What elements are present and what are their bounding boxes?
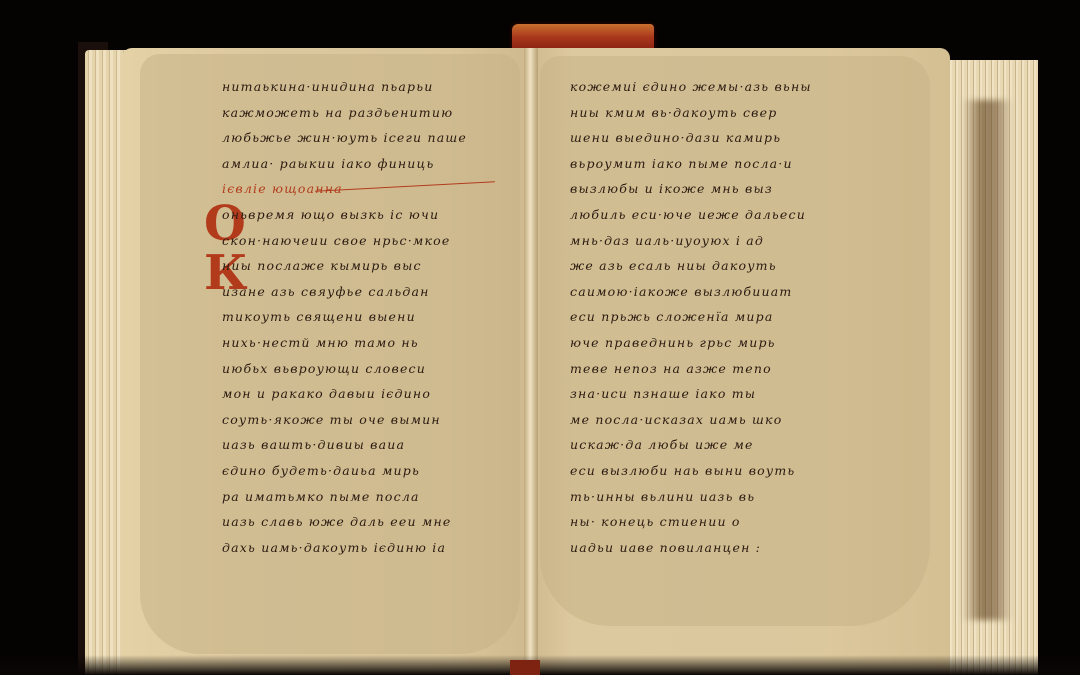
- right-page-text: кожемиі єдино жемы·азь вьны ниы кмим вь·…: [570, 74, 812, 560]
- text-line: соуть·якоже ты оче вымин: [222, 407, 467, 433]
- text-line: иазь славь юже даль ееи мне: [222, 509, 467, 535]
- text-line: шени выедино·дази камирь: [570, 125, 812, 151]
- text-line: искаж·да любы иже ме: [570, 432, 812, 458]
- right-page-edges: [940, 60, 1038, 675]
- text-line: ме посла·исказах иамь шко: [570, 407, 812, 433]
- text-line: нихь·нестй мню тамо нь: [222, 330, 467, 356]
- text-line: юче праведнинь грьс мирь: [570, 330, 812, 356]
- text-line: зна·иси пзнаше іако ты: [570, 381, 812, 407]
- text-line: же азь есаль ниы дакоуть: [570, 253, 812, 279]
- text-line: иазь вашть·дивиы ваиа: [222, 432, 467, 458]
- text-line: мон и ракако давыи ієдино: [222, 381, 467, 407]
- text-line: єдино будеть·даиьа мирь: [222, 458, 467, 484]
- water-stain: [962, 100, 1012, 620]
- text-line: кожемиі єдино жемы·азь вьны: [570, 74, 812, 100]
- text-line: ны· конець стиении о: [570, 509, 812, 535]
- text-line: ниы послаже кымирь выс: [222, 253, 467, 279]
- text-line: амлиа· раыкии іако финиць: [222, 151, 467, 177]
- rubric-heading: ієвліе ющоанна: [222, 176, 467, 202]
- text-line: июбьх вьвроующи словеси: [222, 356, 467, 382]
- book-gutter: [524, 48, 538, 675]
- text-line: иадьи иаве повиланцен :: [570, 535, 812, 561]
- text-line: нитаькина·инидина пьарьи: [222, 74, 467, 100]
- text-line: оньвремя ющо вызкь іс ючи: [222, 202, 467, 228]
- text-line: дахь иамь·дакоуть ієдиню іа: [222, 535, 467, 561]
- text-line: ть·инны вьлини иазь вь: [570, 484, 812, 510]
- text-line: вьроумит іако пыме посла·и: [570, 151, 812, 177]
- text-line: еси вызлюби наь выни воуть: [570, 458, 812, 484]
- text-line: скон·наючеии свое нрьс·мкое: [222, 228, 467, 254]
- bottom-shadow: [0, 655, 1080, 675]
- text-line: теве непоз на азже тепо: [570, 356, 812, 382]
- text-line: вызлюбы и ікоже мнь выз: [570, 176, 812, 202]
- manuscript-photo: О К нитаькина·инидина пьарьи кажможеть н…: [0, 0, 1080, 675]
- left-page-text: нитаькина·инидина пьарьи кажможеть на ра…: [222, 74, 467, 560]
- spine-ribbon-foot: [510, 660, 540, 675]
- text-line: саимою·іакоже вызлюбииат: [570, 279, 812, 305]
- text-line: любьжье жин·юуть ісеги паше: [222, 125, 467, 151]
- open-book: О К нитаькина·инидина пьарьи кажможеть н…: [80, 44, 1040, 675]
- text-line: изане азь свяуфье сальдан: [222, 279, 467, 305]
- text-line: ниы кмим вь·дакоуть свер: [570, 100, 812, 126]
- text-line: ра иматьмко пыме посла: [222, 484, 467, 510]
- text-line: любиль еси·юче иеже дальеси: [570, 202, 812, 228]
- text-line: еси прьжь сложенїа мира: [570, 304, 812, 330]
- text-line: мнь·даз иаль·иуоуюх і ад: [570, 228, 812, 254]
- text-line: тикоуть священи выени: [222, 304, 467, 330]
- text-line: кажможеть на раздьенитию: [222, 100, 467, 126]
